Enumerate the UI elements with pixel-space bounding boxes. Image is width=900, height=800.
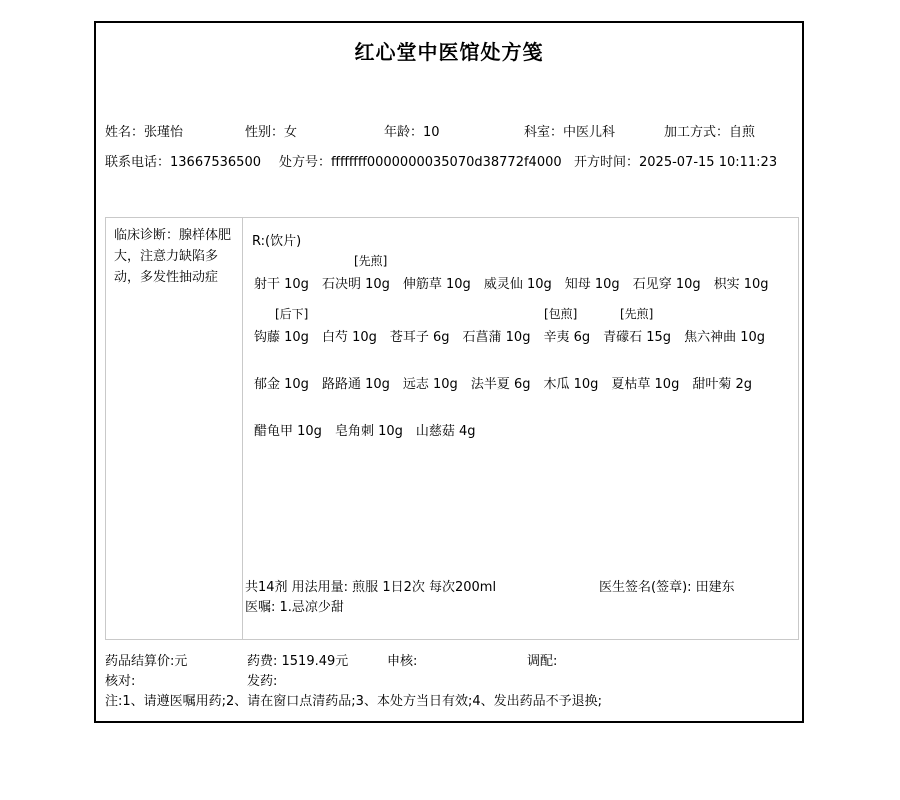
herb-item: 钩藤 10g [254, 326, 309, 345]
issue-time-field: 开方时间：2025-07-15 10:11:23 [574, 151, 777, 170]
herb-item: 山慈菇 4g [416, 420, 476, 439]
herb-line: 醋龟甲 10g 皂角刺 10g 山慈菇 4g [254, 420, 476, 439]
doctor-advice-text: 医嘱: 1.忌凉少甜 [245, 596, 344, 615]
rx-number-label: 处方号： [279, 155, 331, 170]
usage-text: 共14剂 用法用量: 煎服 1日2次 每次200ml [245, 576, 496, 595]
patient-name-field: 姓名：张瑾怡 [105, 121, 183, 140]
herb-item: 石决明 10g [322, 273, 390, 292]
department-field: 科室：中医儿科 [524, 121, 615, 140]
herb-item: 法半夏 6g [471, 373, 531, 392]
notes-text: 注:1、请遵医嘱用药;2、请在窗口点清药品;3、本处方当日有效;4、发出药品不予… [105, 690, 602, 709]
herb-line: 郁金 10g 路路通 10g 远志 10g 法半夏 6g 木瓜 10g 夏枯草 … [254, 373, 752, 392]
fee-field: 药费: 1519.49元 [247, 650, 348, 669]
herb-item: 白芍 10g [322, 326, 377, 345]
herb-item: 石菖蒲 10g [463, 326, 531, 345]
herb-item: 醋龟甲 10g [254, 420, 322, 439]
diagnosis-panel: 临床诊断：腺样体肥大，注意力缺陷多动，多发性抽动症 [106, 218, 243, 639]
page: 红心堂中医馆处方笺 姓名：张瑾怡 性别：女 年龄：10 科室：中医儿科 加工方式… [0, 0, 900, 800]
dispense-field: 发药: [247, 670, 277, 689]
herb-item: 苍耳子 6g [390, 326, 450, 345]
settle-price-field: 药品结算价:元 [105, 650, 187, 669]
herb-item: 皂角刺 10g [335, 420, 403, 439]
rx-heading: R:(饮片) [252, 230, 301, 249]
patient-name-value: 张瑾怡 [144, 125, 183, 140]
prescription-sheet: 红心堂中医馆处方笺 姓名：张瑾怡 性别：女 年龄：10 科室：中医儿科 加工方式… [94, 21, 804, 723]
page-title: 红心堂中医馆处方笺 [96, 36, 802, 65]
phone-field: 联系电话：13667536500 [105, 151, 261, 170]
herb-item: 石见穿 10g [633, 273, 701, 292]
herb-item: 伸筋草 10g [403, 273, 471, 292]
gender-field: 性别：女 [245, 121, 297, 140]
rx-panel: R:(饮片) [先煎] 射干 10g 石决明 10g 伸筋草 10g 威灵仙 1… [243, 218, 798, 639]
herb-item: 远志 10g [403, 373, 458, 392]
age-label: 年龄： [384, 125, 423, 140]
issue-time-value: 2025-07-15 10:11:23 [639, 155, 777, 170]
patient-name-label: 姓名： [105, 125, 144, 140]
rx-number-value: ffffffff0000000035070d38772f4000 [331, 155, 562, 170]
department-label: 科室： [524, 125, 563, 140]
herb-item: 木瓜 10g [543, 373, 598, 392]
rx-number-field: 处方号：ffffffff0000000035070d38772f4000 [279, 151, 562, 170]
phone-value: 13667536500 [170, 155, 261, 170]
age-value: 10 [423, 125, 440, 140]
prescription-box: 临床诊断：腺样体肥大，注意力缺陷多动，多发性抽动症 R:(饮片) [先煎] 射干… [105, 217, 799, 640]
herb-item: 郁金 10g [254, 373, 309, 392]
processing-method-field: 加工方式：自煎 [664, 121, 755, 140]
review-field: 申核: [387, 650, 417, 669]
herb-item: 枳实 10g [714, 273, 769, 292]
decoction-tag: [先煎] [354, 252, 387, 269]
processing-method-label: 加工方式： [664, 125, 729, 140]
gender-value: 女 [284, 125, 297, 140]
age-field: 年龄：10 [384, 121, 440, 140]
herb-line: 射干 10g 石决明 10g 伸筋草 10g 威灵仙 10g 知母 10g 石见… [254, 273, 769, 292]
herb-item: 射干 10g [254, 273, 309, 292]
diagnosis-label: 临床诊断： [114, 228, 179, 243]
gender-label: 性别： [245, 125, 284, 140]
check-field: 核对: [105, 670, 135, 689]
phone-label: 联系电话： [105, 155, 170, 170]
herb-item: 知母 10g [565, 273, 620, 292]
department-value: 中医儿科 [563, 125, 615, 140]
herb-item: 甜叶菊 2g [692, 373, 752, 392]
herb-line: 钩藤 10g 白芍 10g 苍耳子 6g 石菖蒲 10g 辛夷 6g 青礞石 1… [254, 326, 765, 345]
herb-item: 夏枯草 10g [611, 373, 679, 392]
herb-item: 威灵仙 10g [484, 273, 552, 292]
herb-item: 辛夷 6g [543, 326, 590, 345]
prepare-field: 调配: [527, 650, 557, 669]
doctor-signature: 医生签名(签章): 田建东 [599, 576, 735, 595]
herb-item: 青礞石 15g [603, 326, 671, 345]
herb-item: 路路通 10g [322, 373, 390, 392]
issue-time-label: 开方时间： [574, 155, 639, 170]
decoction-tag: [包煎] [544, 305, 577, 322]
decoction-tag: [后下] [275, 305, 308, 322]
decoction-tag: [先煎] [620, 305, 653, 322]
herb-item: 焦六神曲 10g [684, 326, 765, 345]
processing-method-value: 自煎 [729, 125, 755, 140]
